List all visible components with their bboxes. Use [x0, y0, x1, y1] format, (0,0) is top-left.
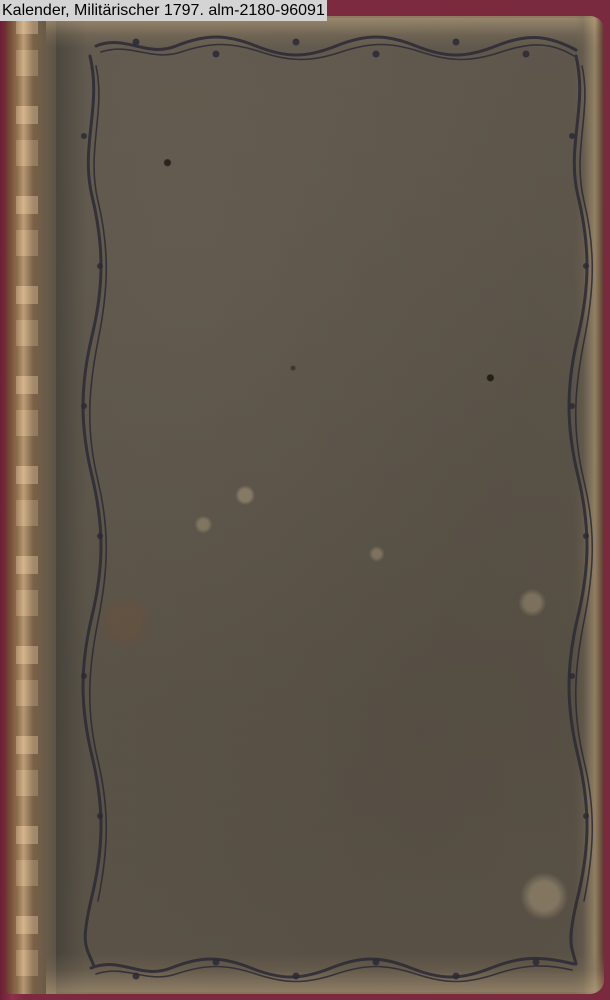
ornamental-border-icon	[6, 16, 604, 994]
book-cover	[6, 16, 604, 994]
image-caption: Kalender, Militärischer 1797. alm-2180-9…	[0, 0, 327, 21]
